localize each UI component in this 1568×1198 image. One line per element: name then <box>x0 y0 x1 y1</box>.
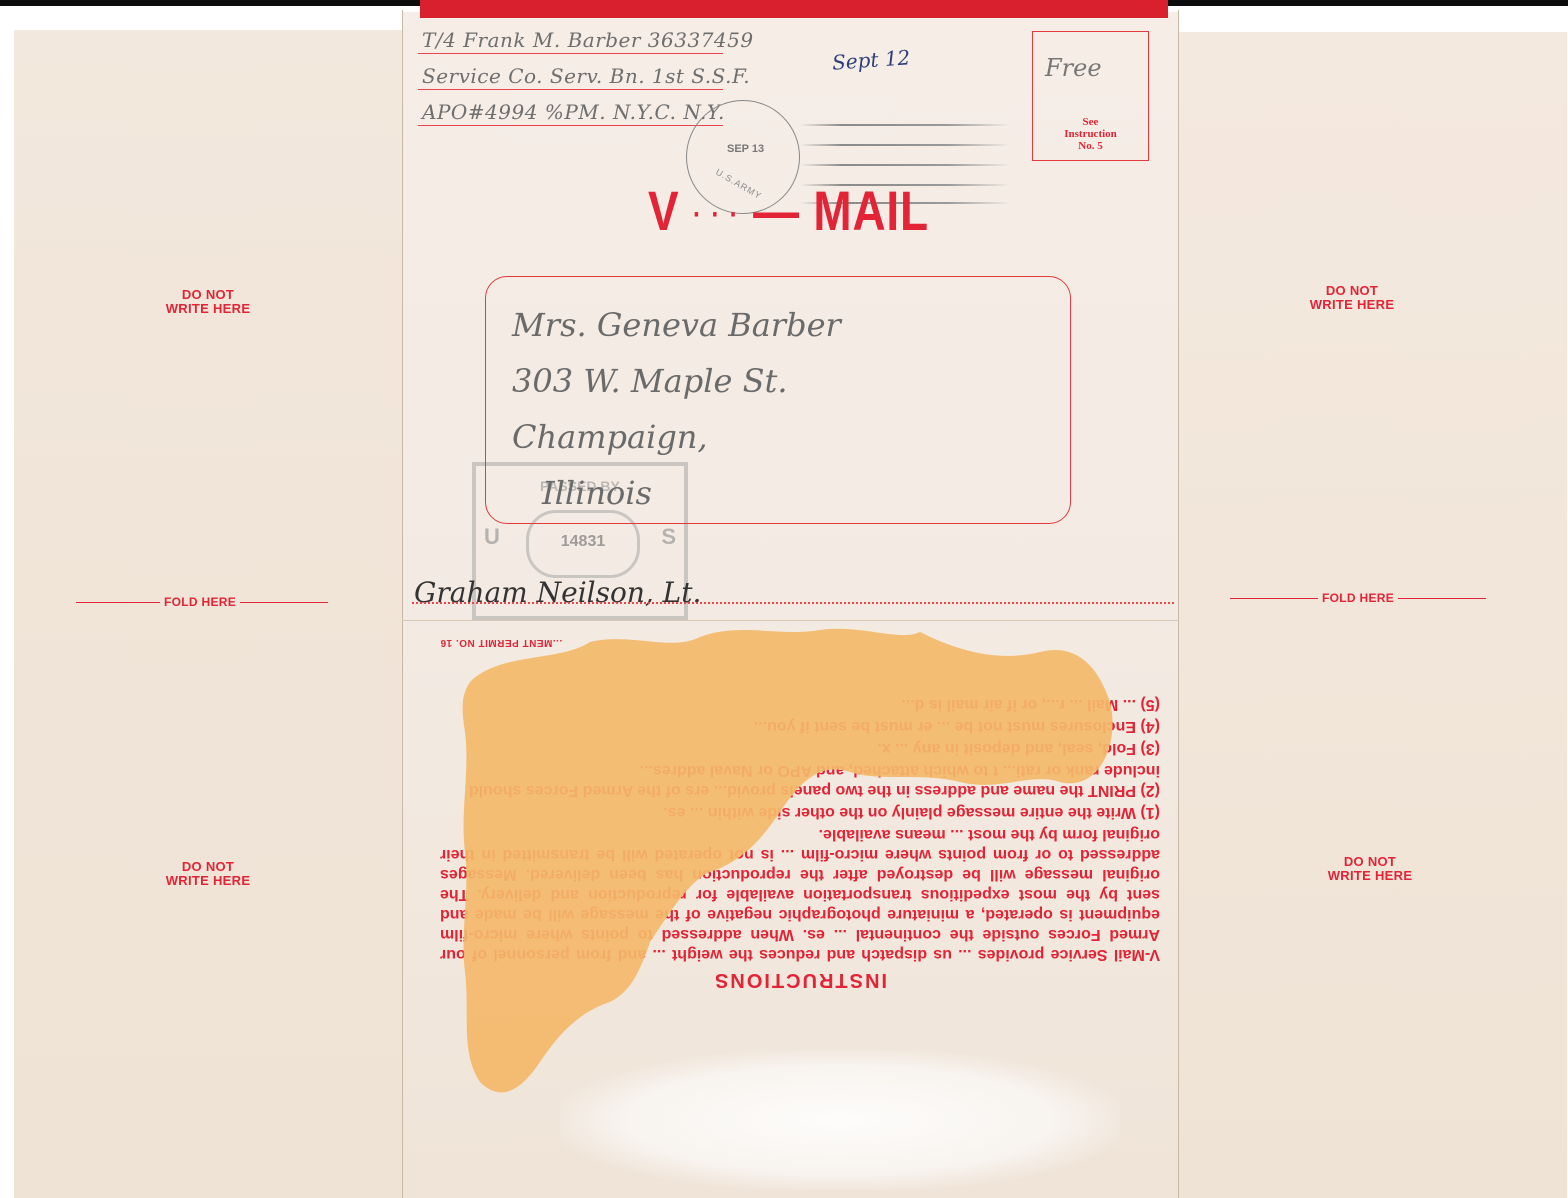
label-line: DO NOT <box>148 288 268 302</box>
censor-number: 14831 <box>529 533 637 551</box>
censor-letter-u: U <box>484 524 500 550</box>
postage-box: Free See Instruction No. 5 <box>1032 31 1149 161</box>
label-line: DO NOT <box>1292 284 1412 298</box>
censor-signature: Graham Neilson, Lt. <box>414 576 701 609</box>
left-side-panel <box>14 30 403 1198</box>
do-not-write-label-top-right: DO NOT WRITE HERE <box>1292 284 1412 312</box>
red-seal-flap <box>420 0 1168 18</box>
do-not-write-label-top-left: DO NOT WRITE HERE <box>148 288 268 316</box>
instruction-line: See <box>1033 116 1148 128</box>
label-line: WRITE HERE <box>148 874 268 888</box>
fold-here-left: FOLD HERE <box>76 595 328 609</box>
label-line: DO NOT <box>148 860 268 874</box>
recipient-name: Mrs. Geneva Barber <box>512 297 841 353</box>
censor-letter-s: S <box>661 524 676 550</box>
fold-crease-left <box>402 10 403 1198</box>
fold-here-text: FOLD HERE <box>160 595 240 609</box>
fold-line <box>1398 598 1486 599</box>
label-line: WRITE HERE <box>1292 298 1412 312</box>
right-side-panel <box>1178 32 1567 1198</box>
fold-here-text: FOLD HERE <box>1318 591 1398 605</box>
sender-unit: Service Co. Serv. Bn. 1st S.S.F. <box>422 64 750 88</box>
fold-crease-right <box>1178 10 1179 1198</box>
fold-here-right: FOLD HERE <box>1230 591 1486 605</box>
label-line: WRITE HERE <box>148 302 268 316</box>
fold-line <box>76 602 160 603</box>
sender-line: T/4 Frank M. Barber 36337459 <box>418 22 1018 58</box>
postmark-date: SEP 13 <box>727 143 764 155</box>
do-not-write-label-bottom-right: DO NOT WRITE HERE <box>1310 855 1430 883</box>
vmail-title: V · · · — MAIL <box>648 178 929 243</box>
title-v: V <box>648 179 679 242</box>
recipient-address-box: Mrs. Geneva Barber 303 W. Maple St. Cham… <box>485 276 1071 524</box>
address-rule <box>418 89 723 90</box>
address-rule <box>418 53 723 54</box>
recipient-street: 303 W. Maple St. <box>512 353 841 409</box>
worn-paper-area <box>560 1050 1120 1190</box>
do-not-write-label-bottom-left: DO NOT WRITE HERE <box>148 860 268 888</box>
recipient-state: Illinois <box>512 465 841 521</box>
sender-apo: APO#4994 %PM. N.Y.C. N.Y. <box>422 100 725 124</box>
label-line: WRITE HERE <box>1310 869 1430 883</box>
morse-dots: · · · <box>693 198 739 231</box>
label-line: DO NOT <box>1310 855 1430 869</box>
sender-name: T/4 Frank M. Barber 36337459 <box>422 28 754 52</box>
instruction-line: No. 5 <box>1033 140 1148 152</box>
sender-line: Service Co. Serv. Bn. 1st S.S.F. <box>418 58 1018 94</box>
postage-free-note: Free <box>1045 54 1102 82</box>
address-rule <box>418 125 723 126</box>
signature-dotted-rule <box>412 602 1174 604</box>
fold-line <box>1230 598 1318 599</box>
recipient-city: Champaign, <box>512 409 841 465</box>
title-mail: MAIL <box>813 179 929 242</box>
morse-dash: — <box>753 179 800 242</box>
fold-line <box>240 602 328 603</box>
recipient-address: Mrs. Geneva Barber 303 W. Maple St. Cham… <box>512 297 841 521</box>
adhesive-stain <box>440 612 1140 1112</box>
instruction-line: Instruction <box>1033 128 1148 140</box>
postage-instruction: See Instruction No. 5 <box>1033 116 1148 152</box>
